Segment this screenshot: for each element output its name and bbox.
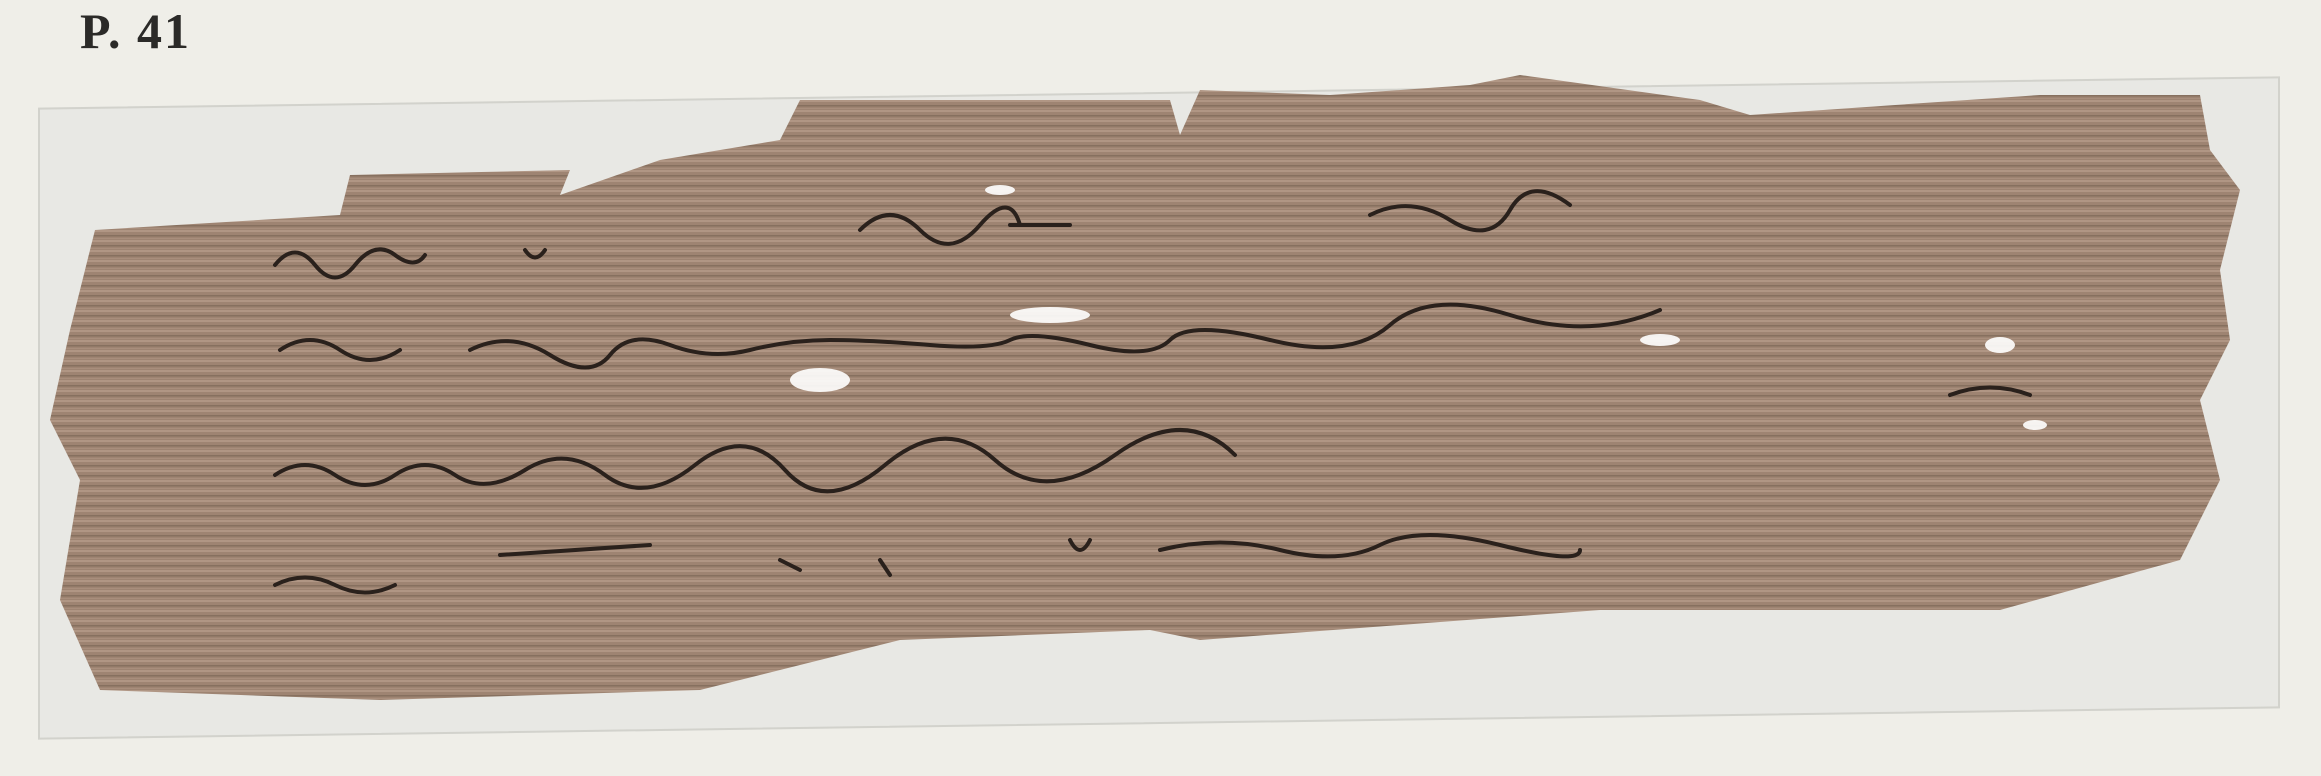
papyrus-fragment bbox=[0, 0, 2321, 776]
papyrus-body-icon bbox=[50, 75, 2240, 700]
